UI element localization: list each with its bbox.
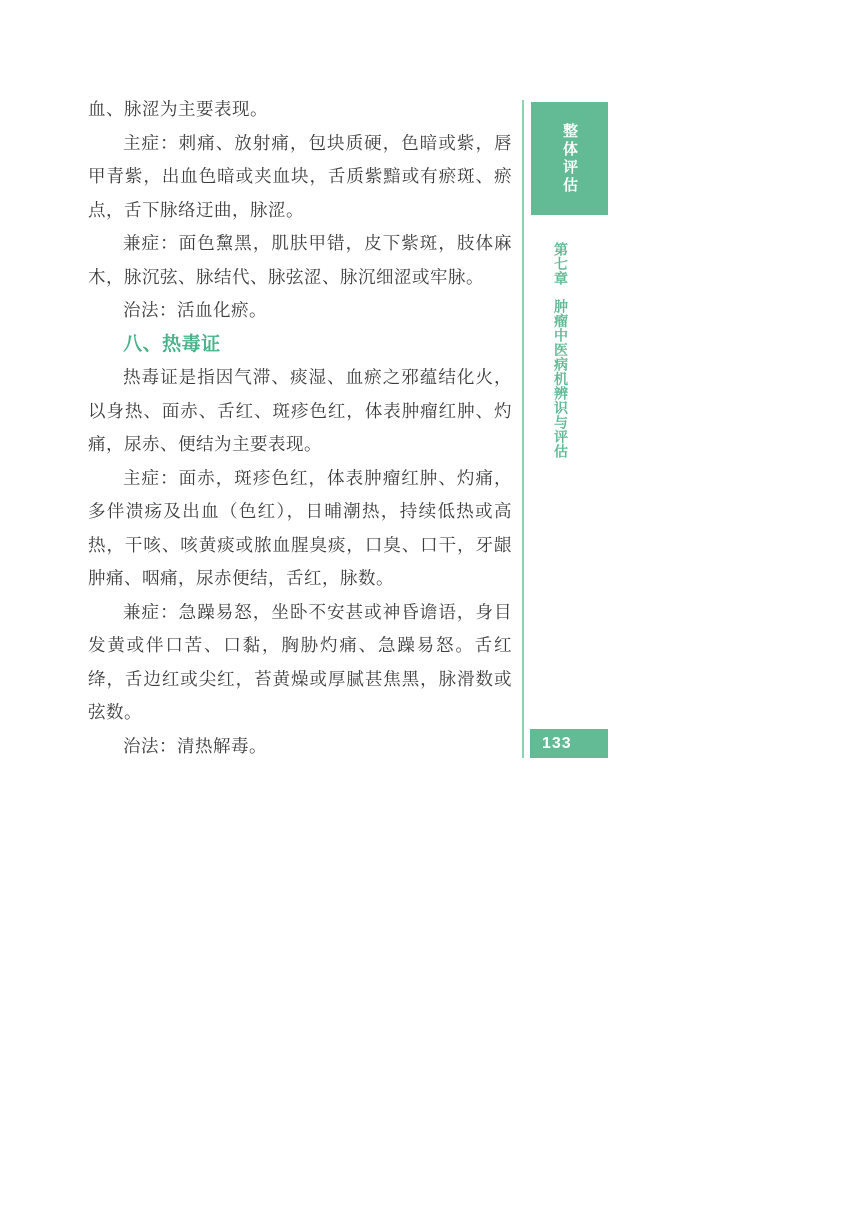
book-page: 血、脉涩为主要表现。主症：刺痛、放射痛，包块质硬，色暗或紫，唇甲青紫，出血色暗或…	[0, 0, 867, 1218]
page-number: 133	[542, 735, 572, 753]
section-heading: 八、热毒证	[88, 328, 512, 362]
section-tab: 整体评估	[531, 102, 608, 215]
main-text-column: 血、脉涩为主要表现。主症：刺痛、放射痛，包块质硬，色暗或紫，唇甲青紫，出血色暗或…	[88, 93, 512, 763]
body-paragraph: 主症：面赤，斑疹色红，体表肿瘤红肿、灼痛，多伴溃疡及出血（色红），日晡潮热，持续…	[88, 462, 512, 596]
sidebar-vertical-rule	[522, 100, 524, 758]
body-paragraph: 主症：刺痛、放射痛，包块质硬，色暗或紫，唇甲青紫，出血色暗或夹血块，舌质紫黯或有…	[88, 127, 512, 228]
body-paragraph: 热毒证是指因气滞、痰湿、血瘀之邪蕴结化火，以身热、面赤、舌红、斑疹色红，体表肿瘤…	[88, 361, 512, 462]
body-paragraph: 治法：清热解毒。	[88, 730, 512, 764]
body-paragraph: 兼症：急躁易怒，坐卧不安甚或神昏谵语，身目发黄或伴口苦、口黏，胸胁灼痛、急躁易怒…	[88, 596, 512, 730]
page-number-badge: 133	[530, 729, 608, 758]
body-paragraph: 血、脉涩为主要表现。	[88, 93, 512, 127]
section-tab-label: 整体评估	[559, 123, 580, 195]
chapter-title-vertical: 第七章 肿瘤中医病机辨识与评估	[546, 242, 576, 458]
body-paragraph: 治法：活血化瘀。	[88, 294, 512, 328]
chapter-number: 第七章	[551, 242, 571, 286]
chapter-title: 肿瘤中医病机辨识与评估	[551, 299, 571, 459]
body-paragraph: 兼症：面色黧黑，肌肤甲错，皮下紫斑，肢体麻木，脉沉弦、脉结代、脉弦涩、脉沉细涩或…	[88, 227, 512, 294]
